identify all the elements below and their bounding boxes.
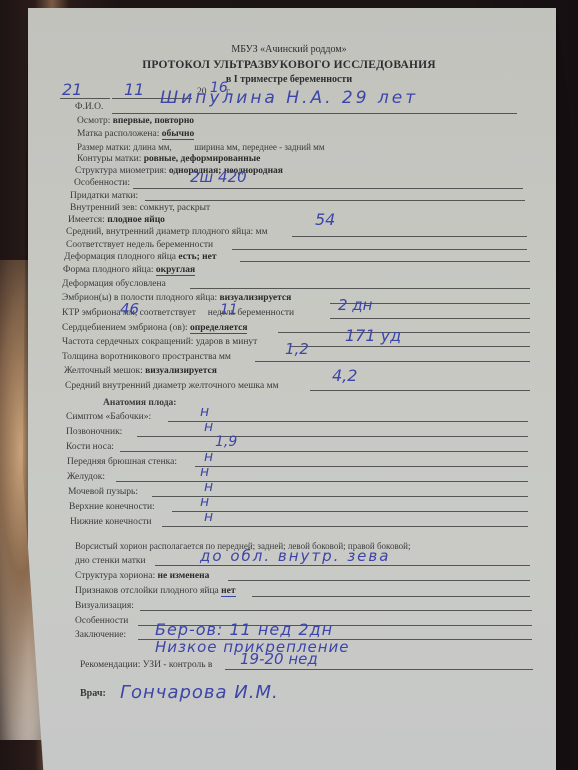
doctor-label: Врач:	[80, 688, 106, 699]
deformation-cause-line	[190, 288, 530, 289]
anatomy-item-value: н	[204, 449, 213, 465]
date-day-line	[60, 98, 110, 99]
doctor-signature: Гончарова И.М.	[120, 682, 279, 703]
yolk-diameter-value: 4,2	[332, 366, 357, 385]
chorion-features-label: Особенности	[75, 616, 128, 626]
date-day: 21	[62, 80, 82, 99]
embryo-row: Эмбрион(ы) в полости плодного яйца: визу…	[62, 293, 291, 303]
detachment-line	[252, 596, 530, 597]
chorion-wall-label: дно стенки матки	[75, 556, 146, 566]
yolk-diameter-line	[310, 390, 530, 391]
sac-deformation-row: Деформация плодного яйца есть; нет	[64, 252, 217, 262]
weeks-match-line	[232, 249, 527, 250]
present-row: Имеется: плодное яйцо	[68, 215, 165, 225]
anatomy-item-label: Нижние конечности	[70, 517, 152, 527]
anatomy-item-value: н	[204, 479, 213, 495]
anatomy-item-label: Верхние конечности:	[69, 502, 155, 512]
fio-value: Шипулина Н.А. 29 лет	[160, 88, 418, 108]
anatomy-item-label: Мочевой пузырь:	[68, 487, 138, 497]
heart-rate-value: 171 уд	[345, 326, 401, 345]
anatomy-item-label: Передняя брюшная стенка:	[67, 457, 177, 467]
visualization-label: Визуализация:	[75, 601, 134, 611]
anatomy-item-label: Кости носа:	[66, 442, 114, 452]
nuchal-line	[255, 361, 530, 362]
features-value: 2ш 420	[190, 168, 247, 186]
recommendation-line	[225, 669, 533, 670]
yolk-sac-row: Желточный мешок: визуализируется	[64, 366, 217, 376]
anatomy-item-line	[168, 421, 528, 422]
ktr-mm: 46	[120, 300, 139, 318]
chorion-structure-line	[228, 580, 530, 581]
weeks-match-label: Соответствует недель беременности	[66, 240, 213, 250]
chorion-structure-row: Структура хориона: не изменена	[75, 571, 209, 581]
anatomy-item-label: Желудок:	[67, 472, 105, 482]
anatomy-item-value: н	[200, 464, 209, 480]
ktr-weeks: 11	[220, 302, 238, 318]
features-label: Особенности:	[74, 178, 130, 188]
uterus-position-row: Матка расположена: обычно	[77, 129, 194, 139]
nuchal-label: Толщина воротникового пространства мм	[62, 352, 231, 362]
heartbeat-line	[278, 332, 530, 333]
os-row: Внутренний зев: сомкнут, раскрыт	[70, 203, 210, 213]
sac-shape-row: Форма плодного яйца: округлая	[63, 265, 195, 275]
fio-label: Ф.И.О.	[75, 102, 103, 112]
yolk-diameter-label: Средний внутренний диаметр желточного ме…	[65, 381, 279, 391]
heart-rate-row: Частота сердечных сокращений: ударов в м…	[62, 337, 257, 347]
visualization-line	[140, 610, 532, 611]
ktr-days: 2 дн	[338, 296, 373, 314]
anatomy-item-line	[195, 466, 528, 467]
document-subtitle: в I триместре беременности	[0, 74, 578, 85]
chorion-wall-value: до обл. внутр. зева	[200, 547, 390, 565]
anatomy-item-value: н	[200, 494, 209, 510]
heart-rate-line	[290, 346, 530, 347]
conclusion-label: Заключение:	[75, 630, 126, 640]
sac-diameter-value: 54	[315, 210, 335, 229]
sac-deformation-line	[240, 261, 530, 262]
anatomy-item-value: н	[204, 509, 213, 525]
org-name: МБУЗ «Ачинский роддом»	[0, 44, 578, 55]
conclusion-value-1: Бер-ов: 11 нед 2дн	[155, 620, 333, 639]
recommendation-value: 19-20 нед	[240, 650, 318, 668]
deformation-cause-label: Деформация обусловлена	[62, 279, 166, 289]
sac-diameter-label: Средний, внутренний диаметр плодного яйц…	[66, 227, 268, 237]
features-line	[133, 188, 523, 189]
myometrium-row: Структура миометрия: однородная; неоднор…	[75, 166, 283, 176]
date-month: 11	[124, 80, 144, 99]
sac-diameter-line	[292, 236, 527, 237]
recommendation-label: Рекомендации: УЗИ - контроль в	[80, 660, 212, 670]
appendages-label: Придатки матки:	[70, 191, 138, 201]
appendages-line	[145, 200, 525, 201]
chorion-wall-line	[155, 565, 530, 566]
document-title: ПРОТОКОЛ УЛЬТРАЗВУКОВОГО ИССЛЕДОВАНИЯ	[0, 59, 578, 71]
anatomy-item-label: Симптом «Бабочки»:	[66, 412, 151, 422]
ktr-line	[330, 318, 530, 319]
anatomy-item-value: н	[200, 404, 209, 420]
anatomy-title: Анатомия плода:	[103, 398, 176, 408]
anatomy-item-line	[172, 511, 528, 512]
detachment-row: Признаков отслойки плодного яйца нет	[75, 586, 236, 596]
anatomy-item-value: 1,9	[215, 434, 237, 450]
anatomy-item-label: Позвоночник:	[66, 427, 122, 437]
exam-row: Осмотр: впервые, повторно	[77, 116, 194, 126]
uterus-size-row: Размер матки: длина мм, ширина мм, перед…	[77, 142, 325, 152]
ktr-row: КТР эмбриона мм, соответствует недель бе…	[62, 308, 294, 318]
anatomy-item-value: н	[204, 419, 213, 435]
anatomy-item-line	[162, 526, 528, 527]
anatomy-item-line	[120, 451, 528, 452]
contours-row: Контуры матки: ровные, деформированные	[77, 154, 260, 164]
anatomy-item-line	[116, 481, 528, 482]
heartbeat-row: Сердцебиением эмбриона (ов): определяетс…	[62, 323, 247, 333]
nuchal-value: 1,2	[285, 340, 309, 358]
anatomy-item-line	[137, 436, 528, 437]
fio-line	[112, 113, 517, 114]
